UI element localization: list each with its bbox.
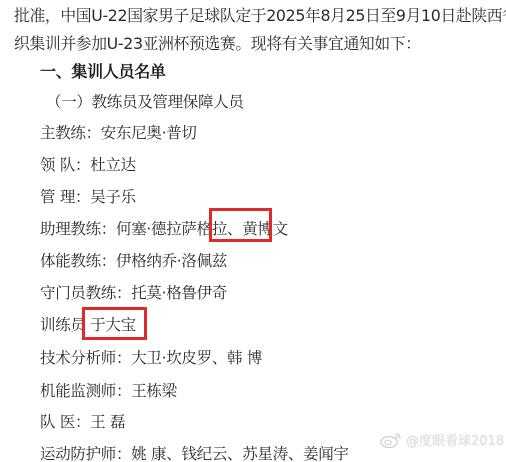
staff-item-goalkeeper-coach: 守门员教练：托莫·格鲁伊奇 <box>40 283 227 303</box>
highlight-box-yu-dabao <box>82 307 147 340</box>
weibo-watermark: @度眼看球2018 <box>380 430 504 449</box>
highlight-box-huang-bowen <box>209 208 272 242</box>
staff-item-performance-monitor: 机能监测师：王栋梁 <box>40 381 177 401</box>
section-heading: 一、集训人员名单 <box>40 62 166 82</box>
staff-item-manager: 管 理：吴子乐 <box>40 187 136 207</box>
staff-item-fitness-coach: 体能教练：伊格纳乔·洛佩兹 <box>40 251 227 271</box>
staff-item-physio: 运动防护师：姚 康、钱纪云、苏星涛、姜闻宇 <box>40 444 349 462</box>
weibo-logo-icon <box>380 432 402 448</box>
staff-item-team-doctor: 队 医：王 磊 <box>40 412 125 432</box>
watermark-text: @度眼看球2018 <box>406 430 504 449</box>
staff-item-tech-analyst: 技术分析师：大卫·坎皮罗、韩 博 <box>40 348 262 368</box>
subsection-heading: （一）教练员及管理保障人员 <box>46 92 244 112</box>
staff-item-team-leader: 领 队：杜立达 <box>40 155 136 175</box>
intro-line-2: 织集训并参加U-23亚洲杯预选赛。现将有关事宜通知如下： <box>14 34 421 54</box>
staff-item-head-coach: 主教练：安东尼奥·普切 <box>40 123 197 143</box>
intro-line-1: 批准，中国U-22国家男子足球队定于2025年8月25日至9月10日赴陕西省西安… <box>14 6 506 26</box>
